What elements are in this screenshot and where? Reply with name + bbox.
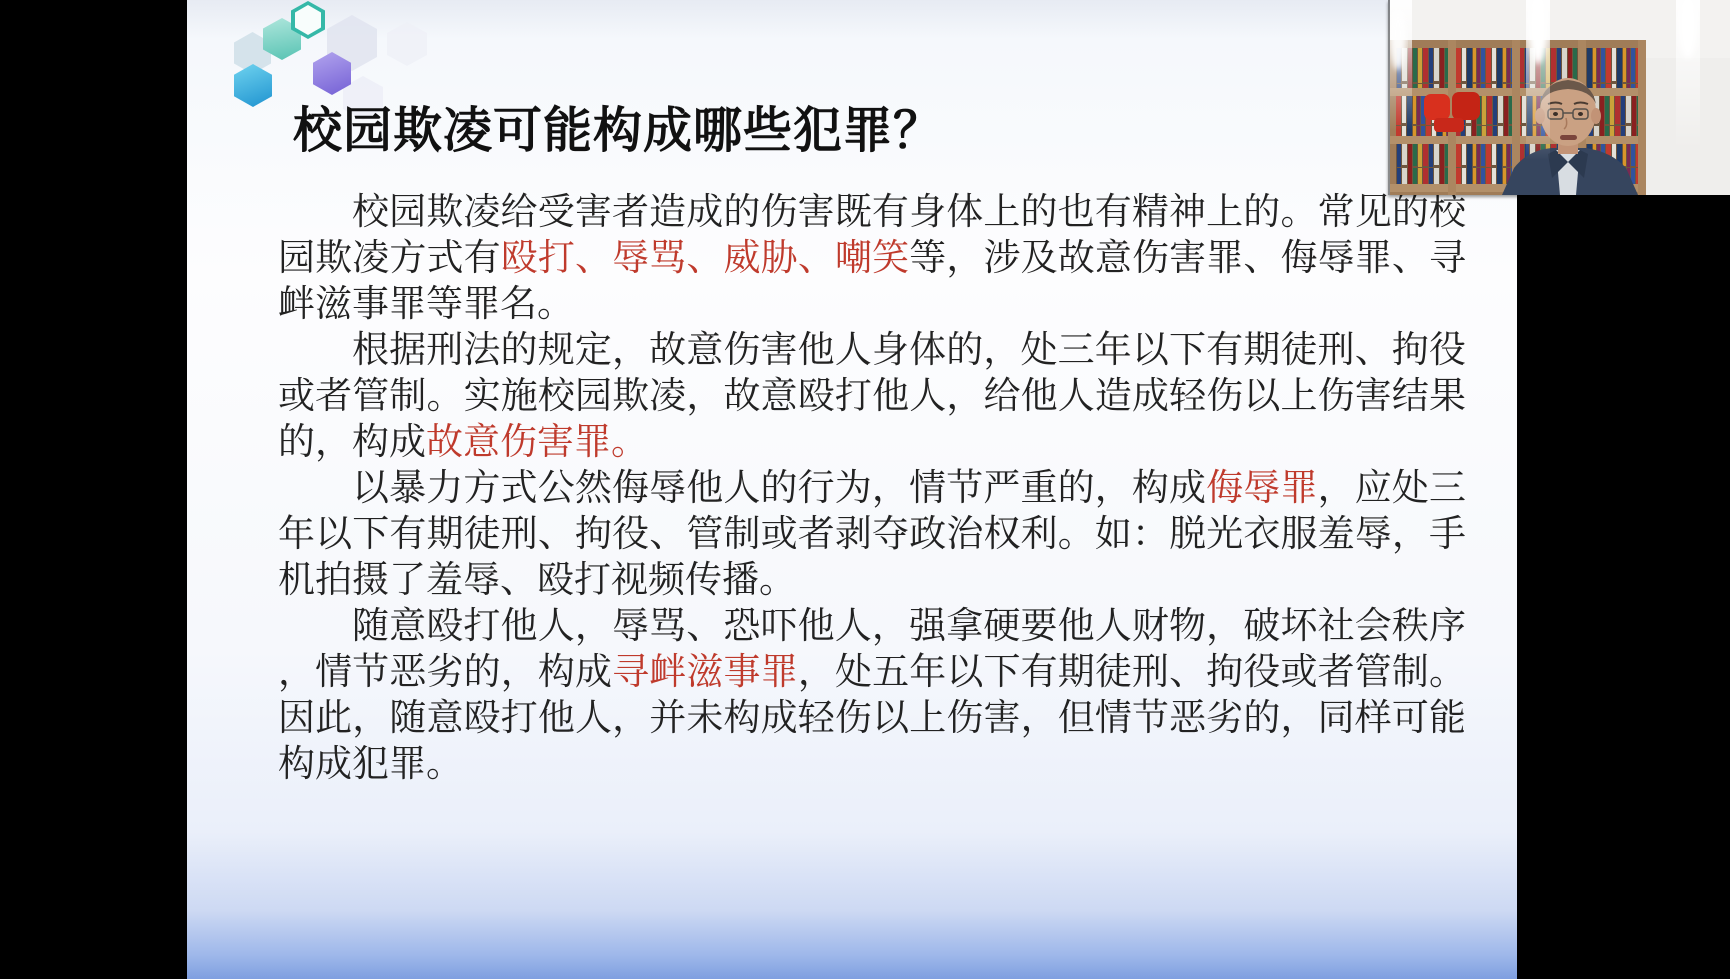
slide-paragraph: 以暴力方式公然侮辱他人的行为，情节严重的，构成侮辱罪，应处三年以下有期徒刑、拘役…	[278, 466, 1466, 604]
body-text: 以暴力方式公然侮辱他人的行为，情节严重的，构成	[352, 468, 1206, 509]
hexagon-shape	[387, 22, 427, 66]
presenter-webcam[interactable]	[1388, 0, 1730, 195]
mouth	[1560, 135, 1577, 140]
slide-body: 校园欺凌给受害者造成的伤害既有身体上的也有精神上的。常见的校园欺凌方式有殴打、辱…	[278, 190, 1466, 788]
hexagon-shape	[234, 64, 272, 107]
slide-paragraph: 根据刑法的规定，故意伤害他人身体的，处三年以下有期徒刑、拘役或者管制。实施校园欺…	[278, 328, 1466, 466]
red-emphasis-text: 殴打、辱骂、威胁、嘲笑	[501, 238, 909, 279]
red-emphasis-text: 寻衅滋事罪	[612, 652, 798, 693]
red-emphasis-text: 侮辱罪	[1206, 468, 1317, 509]
red-emphasis-text: 故意伤害罪。	[426, 422, 648, 463]
slide-paragraph: 校园欺凌给受害者造成的伤害既有身体上的也有精神上的。常见的校园欺凌方式有殴打、辱…	[278, 190, 1466, 328]
video-frame: 校园欺凌可能构成哪些犯罪？ 校园欺凌给受害者造成的伤害既有身体上的也有精神上的。…	[0, 0, 1730, 979]
slide-paragraph: 随意殴打他人，辱骂、恐吓他人，强拿硬要他人财物，破坏社会秩序，情节恶劣的，构成寻…	[278, 604, 1466, 788]
letterbox-left	[0, 0, 187, 979]
presentation-slide: 校园欺凌可能构成哪些犯罪？ 校园欺凌给受害者造成的伤害既有身体上的也有精神上的。…	[187, 0, 1517, 979]
slide-title: 校园欺凌可能构成哪些犯罪？	[293, 92, 943, 162]
webcam-video	[1390, 0, 1730, 195]
